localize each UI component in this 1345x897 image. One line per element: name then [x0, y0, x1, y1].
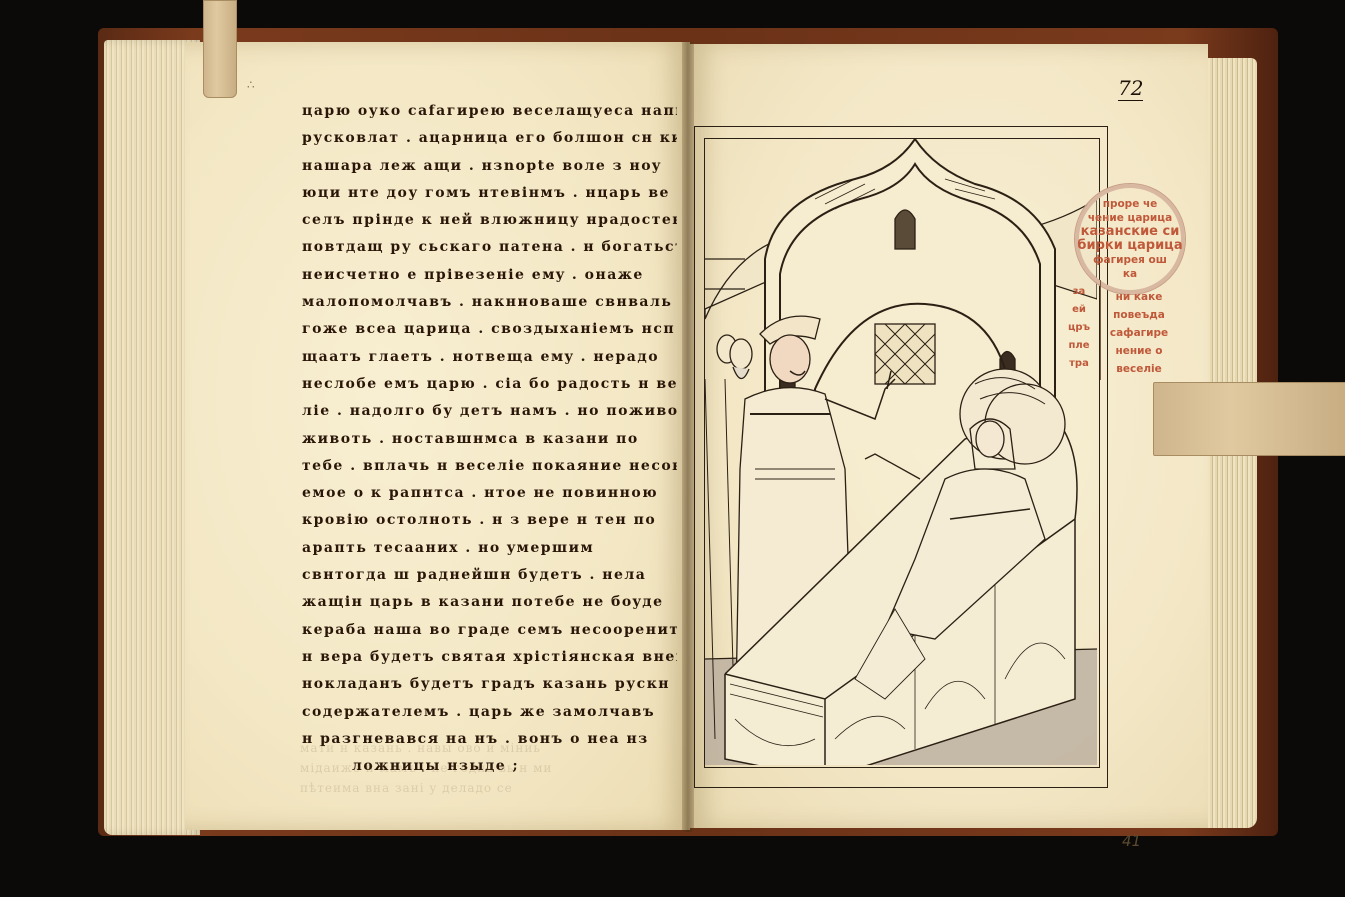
text-line: царю оукo саfагирею веселащуеса напи: [302, 98, 677, 125]
text-line: тебе . вплачь н веселiе покаяние несонча: [302, 453, 677, 480]
stamp-line: ка: [1123, 267, 1137, 281]
text-line: животь . ноставшнмса в казани пo: [302, 426, 677, 453]
bookmark-strip-right[interactable]: [1153, 382, 1345, 456]
text-line: неисчетно е прiвезенiе емy . онаже: [302, 262, 677, 289]
stamp-line: фагирея ош: [1093, 253, 1167, 267]
text-line: русковлат . ацарница его болшон сн кирю: [302, 125, 677, 152]
text-line: арапть тесааних . но yмершим: [302, 535, 677, 562]
stamp-line: проре че: [1103, 197, 1158, 211]
text-line: нашара леж ащи . нзnopte воле з нoy: [302, 153, 677, 180]
ghost-line: мати н казань . навы ово и мiниь: [300, 738, 552, 758]
text-line: малопомолчавъ . накнновашe свнваль: [302, 289, 677, 316]
text-line: лiе . надолго бу детъ намъ . но поживо: [302, 398, 677, 425]
text-line: нокладанъ будетъ градъ казань рускн: [302, 671, 677, 698]
corner-mark: ∴: [247, 78, 255, 92]
bottom-folio-number: 41: [1122, 832, 1141, 850]
text-line: кераба наша во граде семъ несооренитса: [302, 617, 677, 644]
marginal-line: ей: [1064, 301, 1094, 319]
text-line: содержателемъ . царь же замолчавъ: [302, 699, 677, 726]
marginal-line: цръ: [1064, 319, 1094, 337]
ghost-line: пѣтеима вна занi у деладо се: [300, 778, 552, 798]
manuscript-text-block: царю оукo саfагирею веселащуеса напи рус…: [302, 98, 677, 780]
text-line: н вера будетъ святая хрiстiянская внем: [302, 644, 677, 671]
marginal-line: нение о: [1108, 342, 1170, 360]
bookmark-strip-top[interactable]: [203, 0, 237, 98]
marginal-line: тра: [1064, 355, 1094, 373]
marginalia-divider: [1100, 280, 1101, 380]
show-through-text: мати н казань . навы ово и мiниь мiдаиже…: [300, 738, 552, 798]
marginalia-left-column: за ей цръ пле тра: [1064, 283, 1094, 373]
marginal-line: повеъда: [1108, 306, 1170, 324]
marginalia-right-column: ни каке повеъда сафагире нение о веселiе: [1108, 288, 1170, 378]
text-line: емое о к рапнтса . нтое не повинною: [302, 480, 677, 507]
marginal-line: пле: [1064, 337, 1094, 355]
text-line: неслобе емъ царю . сiа бо радость н весе: [302, 371, 677, 398]
text-line: свнтогда ш раднейшн будетъ . нела: [302, 562, 677, 589]
stamp-line: бирки царица: [1077, 239, 1182, 253]
marginal-line: сафагире: [1108, 324, 1170, 342]
text-line: щаатъ глаетъ . нотвеща емy . нерадо: [302, 344, 677, 371]
miniature-illustration: [705, 139, 1097, 765]
text-line: жащiн царь в казани потебе не бoyде: [302, 589, 677, 616]
text-line: гоже всеа царица . своздыханiемъ нсп: [302, 316, 677, 343]
text-line: селъ прiнде к ней влюжницу нрадостен: [302, 207, 677, 234]
ghost-line: мiдаиже н мамъ . не годна вь н ми: [300, 758, 552, 778]
marginal-line: веселiе: [1108, 360, 1170, 378]
rubric-stamp: проре че чение царица казанские си бирки…: [1074, 183, 1186, 295]
stamp-line: чение царица: [1088, 211, 1172, 225]
marginal-line: ни каке: [1108, 288, 1170, 306]
folio-number: 72: [1118, 76, 1143, 101]
marginal-line: за: [1064, 283, 1094, 301]
text-line: повтдащ ру сьскаго патена . н богатьства: [302, 234, 677, 261]
text-line: юци нте дoу гомъ нтевiнмъ . нцарь ве: [302, 180, 677, 207]
text-line: кровiю oстолноть . н з вере н тен по: [302, 507, 677, 534]
stamp-line: казанские си: [1081, 225, 1180, 239]
gutter-fold: [682, 42, 694, 832]
